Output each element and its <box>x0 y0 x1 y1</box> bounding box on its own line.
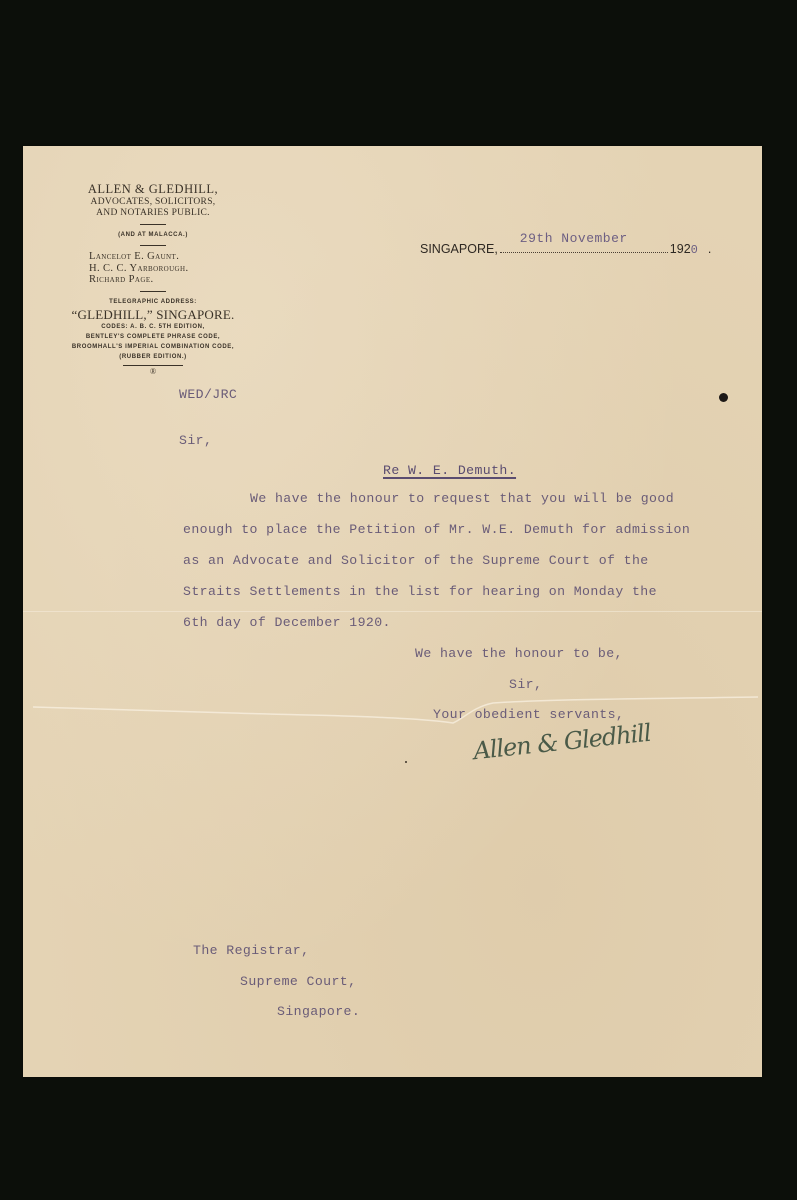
closing-line: We have the honour to be, <box>415 646 623 661</box>
telegraphic-label: TELEGRAPHIC ADDRESS: <box>63 297 243 307</box>
date-year-prefix: 192 <box>670 242 691 256</box>
addressee-line: The Registrar, <box>193 943 309 958</box>
paper-fold-line <box>23 611 762 612</box>
ink-speck <box>405 761 407 763</box>
addressee-line: Supreme Court, <box>240 974 356 989</box>
typed-date: 29th November <box>520 231 628 246</box>
subject-line: Re W. E. Demuth. <box>383 463 516 478</box>
closing-line: Sir, <box>509 677 542 692</box>
partner-name: Richard Page. <box>89 274 243 286</box>
code-line: BENTLEY'S COMPLETE PHRASE CODE, <box>63 332 243 342</box>
letterhead-divider <box>140 224 166 225</box>
firm-description-line-2: AND NOTARIES PUBLIC. <box>63 208 243 219</box>
body-line: We have the honour to request that you w… <box>250 491 674 506</box>
letterhead-divider <box>140 245 166 246</box>
date-year-typed: 0 <box>691 243 698 257</box>
code-line: BROOMHALL'S IMPERIAL COMBINATION CODE, <box>63 342 243 352</box>
body-line: enough to place the Petition of Mr. W.E.… <box>183 522 690 537</box>
punch-hole <box>719 393 728 402</box>
partner-name: H. C. C. Yarborough. <box>89 263 243 275</box>
salutation: Sir, <box>179 433 212 448</box>
dateline-trailing: . <box>708 242 711 256</box>
handwritten-signature: Allen & Gledhill <box>472 719 652 765</box>
closing-line: Your obedient servants, <box>433 707 624 722</box>
letterhead-divider <box>123 365 183 366</box>
firm-description-line-1: ADVOCATES, SOLICITORS, <box>63 197 243 208</box>
partner-name: Lancelot E. Gaunt. <box>89 251 243 263</box>
registered-mark-icon: ® <box>63 367 243 377</box>
partner-list: Lancelot E. Gaunt. H. C. C. Yarborough. … <box>63 251 243 286</box>
dateline-place: SINGAPORE, <box>420 242 498 256</box>
letterhead: ALLEN & GLEDHILL, ADVOCATES, SOLICITORS,… <box>63 182 243 377</box>
body-line: Straits Settlements in the list for hear… <box>183 584 657 599</box>
letter-paper: ALLEN & GLEDHILL, ADVOCATES, SOLICITORS,… <box>23 146 762 1077</box>
reference-code: WED/JRC <box>179 387 237 402</box>
code-line: CODES: A. B. C. 5TH EDITION, <box>63 322 243 332</box>
dateline: SINGAPORE, 29th November 1920 . <box>420 238 711 257</box>
addressee-line: Singapore. <box>277 1004 360 1019</box>
body-line: 6th day of December 1920. <box>183 615 391 630</box>
code-line: (RUBBER EDITION.) <box>63 352 243 362</box>
branch-note: (AND AT MALACCA.) <box>63 230 243 240</box>
body-line: as an Advocate and Solicitor of the Supr… <box>183 553 649 568</box>
letterhead-divider <box>140 291 166 292</box>
date-field: 29th November <box>500 238 668 253</box>
telegraphic-address: “GLEDHILL,” SINGAPORE. <box>63 307 243 322</box>
firm-name: ALLEN & GLEDHILL, <box>63 182 243 197</box>
